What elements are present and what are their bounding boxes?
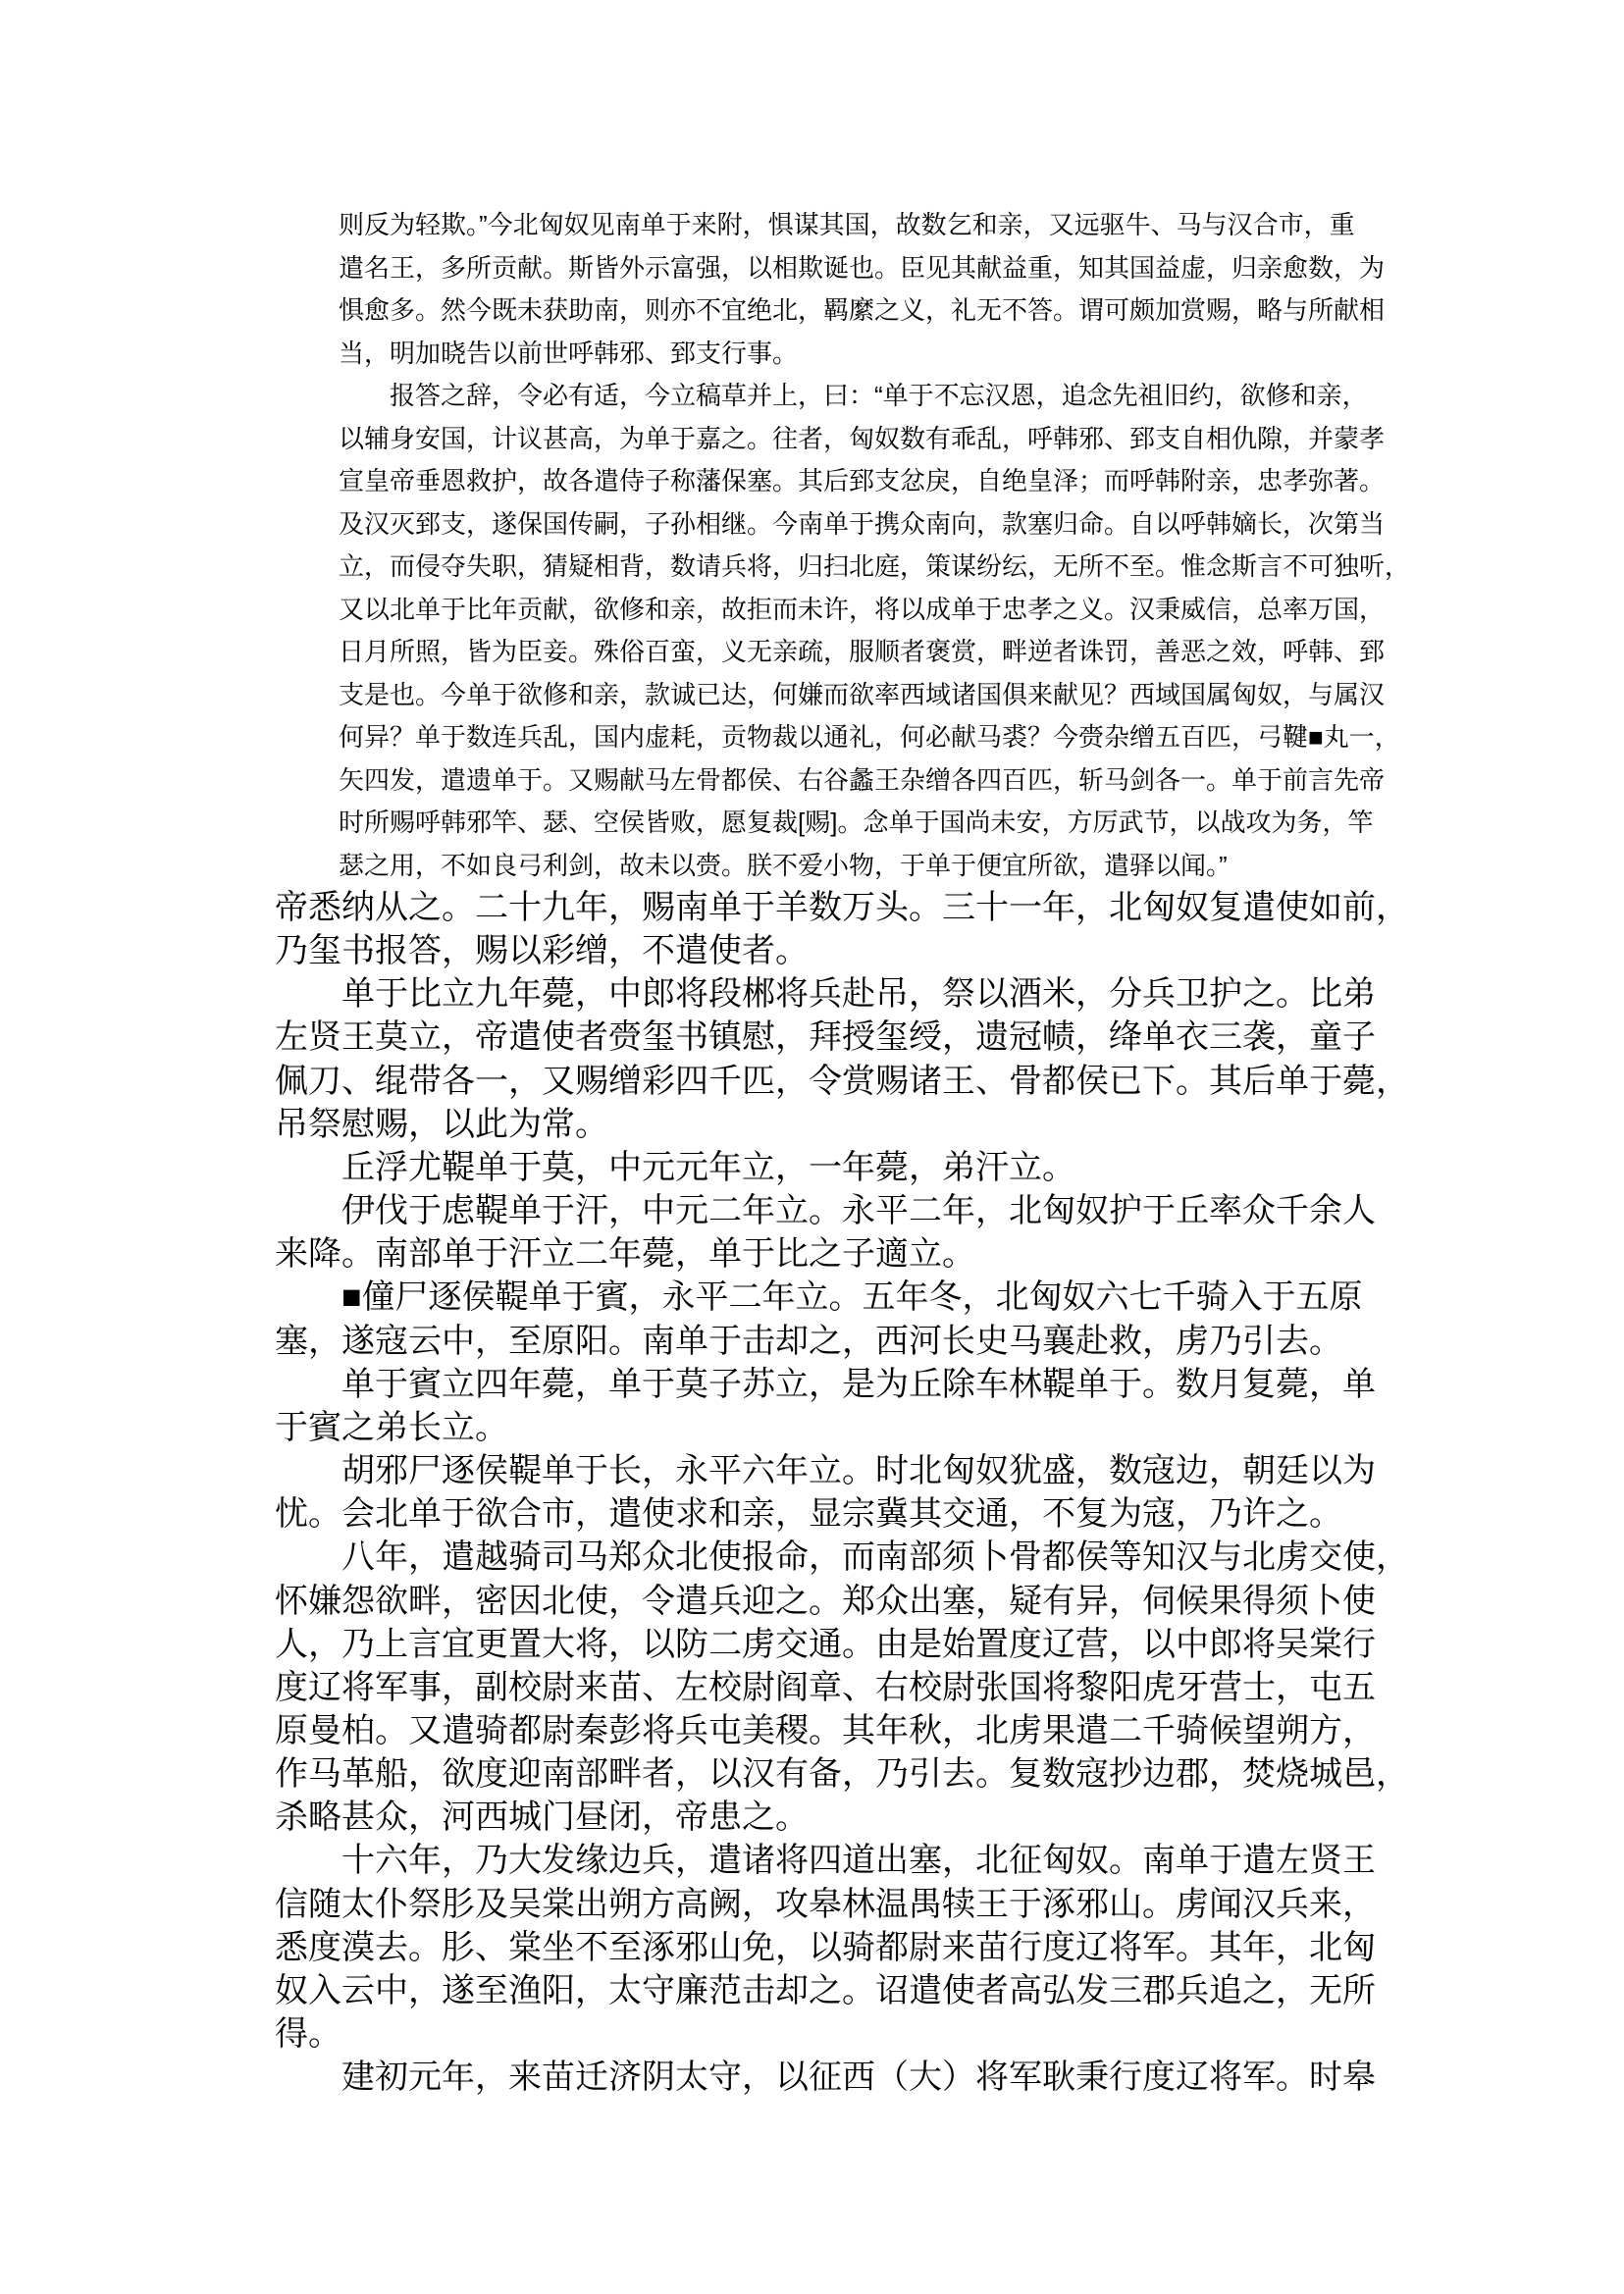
text-line: 作马革船，欲度迎南部畔者，以汉有备，乃引去。复数寇抄边郡，焚烧城邑， [275, 1752, 1438, 1796]
text-line: 又以北单于比年贡献，欲修和亲，故拒而未许，将以成单于忠孝之义。汉秉威信，总率万国… [339, 589, 1433, 632]
text-line: 胡邪尸逐侯鞮单于长，永平六年立。时北匈奴犹盛，数寇边，朝廷以为 [275, 1449, 1438, 1492]
text-line: 悉度漠去。肜、棠坐不至涿邪山免，以骑都尉来苗行度辽将军。其年，北匈 [275, 1926, 1438, 1969]
text-line: 吊祭慰赐，以此为常。 [275, 1103, 1438, 1146]
text-line: 左贤王莫立，帝遣使者赍玺书镇慰，拜授玺绶，遗冠帻，绛单衣三袭，童子 [275, 1016, 1438, 1059]
text-line: 建初元年，来苗迁济阴太守，以征西（大）将军耿秉行度辽将军。时皋 [275, 2056, 1438, 2099]
text-line: 杀略甚众，河西城门昼闭，帝患之。 [275, 1796, 1438, 1839]
text-line: 何异？单于数连兵乱，国内虚耗，贡物裁以通礼，何必献马裘？今赍杂缯五百匹，弓鞬■丸… [339, 716, 1433, 759]
text-line: 信随太仆祭肜及吴棠出朔方高阙，攻皋林温禺犊王于涿邪山。虏闻汉兵来， [275, 1883, 1438, 1926]
text-line: 单于賓立四年薨，单于莫子苏立，是为丘除车林鞮单于。数月复薨，单 [275, 1363, 1438, 1406]
text-line: 惧愈多。然今既未获助南，则亦不宜绝北，羁縻之义，礼无不答。谓可颇加赏赐，略与所献… [339, 289, 1433, 333]
text-line: 乃玺书报答，赐以彩缯，不遣使者。 [275, 929, 1438, 972]
text-line: 以辅身安国，计议甚高，为单于嘉之。往者，匈奴数有乖乱，呼韩邪、郅支自相仇隙，并蒙… [339, 418, 1433, 461]
text-line: 立，而侵夺失职，猜疑相背，数请兵将，归扫北庭，策谋纷纭，无所不至。惟念斯言不可独… [339, 546, 1433, 589]
text-line: 来降。南部单于汗立二年薨，单于比之子適立。 [275, 1232, 1438, 1276]
quote-block: 则反为轻欺。”今北匈奴见南单于来附，惧谋其国，故数乞和亲，又远驱牛、马与汉合市，… [339, 204, 1433, 887]
text-line: 单于比立九年薨，中郎将段郴将兵赴吊，祭以酒米，分兵卫护之。比弟 [275, 972, 1438, 1016]
text-line: 奴入云中，遂至渔阳，太守廉范击却之。诏遣使者高弘发三郡兵追之，无所 [275, 1969, 1438, 2012]
text-line: 支是也。今单于欲修和亲，款诚已达，何嫌而欲率西域诸国俱来献见？西域国属匈奴，与属… [339, 674, 1433, 717]
text-line: 八年，遣越骑司马郑众北使报命，而南部须卜骨都侯等知汉与北虏交使， [275, 1536, 1438, 1579]
text-line: 得。 [275, 2012, 1438, 2056]
main-text-block: 帝悉纳从之。二十九年，赐南单于羊数万头。三十一年，北匈奴复遣使如前， 乃玺书报答… [275, 886, 1438, 2099]
text-line: 及汉灭郅支，遂保国传嗣，子孙相继。今南单于携众南向，款塞归命。自以呼韩嫡长，次第… [339, 503, 1433, 547]
text-line: 当，明加晓告以前世呼韩邪、郅支行事。 [339, 333, 1433, 376]
text-line: 遣名王，多所贡献。斯皆外示富强，以相欺诞也。臣见其献益重，知其国益虚，归亲愈数，… [339, 247, 1433, 290]
text-line: 则反为轻欺。”今北匈奴见南单于来附，惧谋其国，故数乞和亲，又远驱牛、马与汉合市，… [339, 204, 1433, 247]
text-line: 度辽将军事，副校尉来苗、左校尉阎章、右校尉张国将黎阳虎牙营士，屯五 [275, 1666, 1438, 1709]
text-line: 时所赐呼韩邪竿、瑟、空侯皆败，愿复裁[赐]。念单于国尚未安，方厉武节，以战攻为务… [339, 802, 1433, 845]
text-line: 塞，遂寇云中，至原阳。南单于击却之，西河长史马襄赴救，虏乃引去。 [275, 1320, 1438, 1363]
document-page: 则反为轻欺。”今北匈奴见南单于来附，惧谋其国，故数乞和亲，又远驱牛、马与汉合市，… [0, 0, 1624, 2294]
text-line: 佩刀、绲带各一，又赐缯彩四千匹，令赏赐诸王、骨都侯已下。其后单于薨， [275, 1060, 1438, 1103]
text-line: 十六年，乃大发缘边兵，遣诸将四道出塞，北征匈奴。南单于遣左贤王 [275, 1839, 1438, 1882]
text-line: 报答之辞，令必有适，今立稿草并上，曰：“单于不忘汉恩，追念先祖旧约，欲修和亲， [339, 375, 1433, 418]
text-line: 伊伐于虑鞮单于汗，中元二年立。永平二年，北匈奴护于丘率众千余人 [275, 1189, 1438, 1232]
text-line: 忧。会北单于欲合市，遣使求和亲，显宗冀其交通，不复为寇，乃许之。 [275, 1492, 1438, 1536]
text-line: 原曼柏。又遣骑都尉秦彭将兵屯美稷。其年秋，北虏果遣二千骑候望朔方， [275, 1709, 1438, 1752]
text-line: 人，乃上言宜更置大将，以防二虏交通。由是始置度辽营，以中郎将吴棠行 [275, 1623, 1438, 1666]
text-line: 于賓之弟长立。 [275, 1406, 1438, 1449]
text-line: 怀嫌怨欲畔，密因北使，令遣兵迎之。郑众出塞，疑有异，伺候果得须卜使 [275, 1580, 1438, 1623]
text-line: 丘浮尤鞮单于莫，中元元年立，一年薨，弟汗立。 [275, 1146, 1438, 1189]
text-line: ■僮尸逐侯鞮单于賓，永平二年立。五年冬，北匈奴六七千骑入于五原 [275, 1276, 1438, 1319]
text-line: 宣皇帝垂恩救护，故各遣侍子称藩保塞。其后郅支忿戾，自绝皇泽；而呼韩附亲，忠孝弥著… [339, 460, 1433, 503]
text-line: 帝悉纳从之。二十九年，赐南单于羊数万头。三十一年，北匈奴复遣使如前， [275, 886, 1438, 929]
text-line: 日月所照，皆为臣妾。殊俗百蛮，义无亲疏，服顺者褒赏，畔逆者诛罚，善恶之效，呼韩、… [339, 631, 1433, 674]
text-line: 瑟之用，不如良弓利剑，故未以赍。朕不爱小物，于单于便宜所欲，遣驿以闻。” [339, 845, 1433, 888]
text-line: 矢四发，遣遗单于。又赐献马左骨都侯、右谷蠡王杂缯各四百匹，斩马剑各一。单于前言先… [339, 759, 1433, 803]
